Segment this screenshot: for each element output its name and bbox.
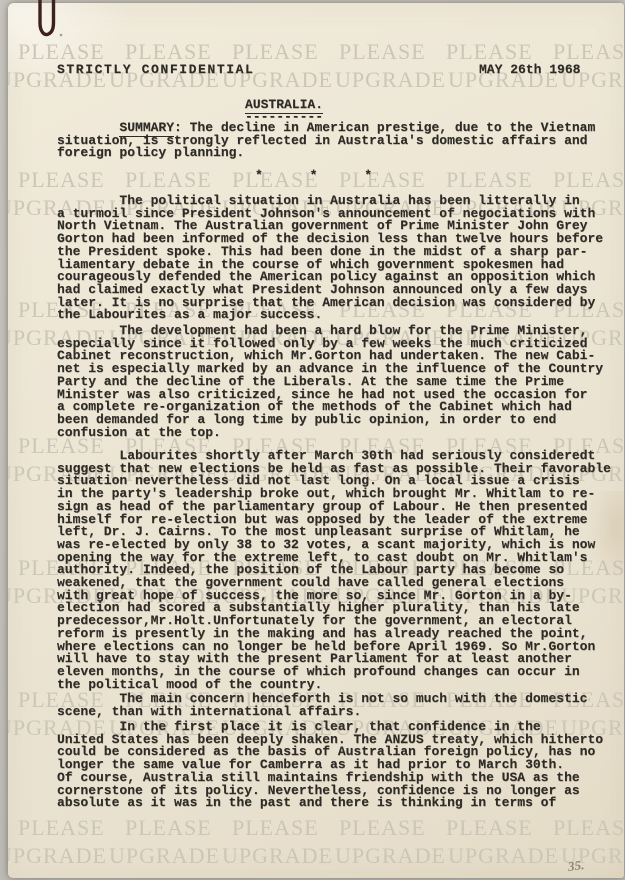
- watermark-word: PLEASE: [18, 815, 105, 841]
- watermark-word: UPGRADE: [8, 843, 107, 869]
- screenshot-root: { "document": { "classification": "STRIC…: [0, 0, 625, 880]
- watermark-word: UPGRADE: [109, 843, 220, 869]
- watermark-word: PLEASE: [446, 167, 533, 193]
- handwritten-page-number: 35.: [567, 859, 585, 874]
- body-paragraph-1: The political situation in Australia has…: [57, 195, 603, 322]
- watermark-word: PLEASE: [232, 815, 319, 841]
- document-page: PLEASEUPGRADEPLEASEUPGRADEPLEASEUPGRADEP…: [8, 3, 624, 878]
- watermark-word: UPGRADE: [335, 67, 446, 93]
- watermark-word: PLEASE: [446, 815, 533, 841]
- watermark-word: PLEASE: [553, 815, 624, 841]
- watermark-word: PLEASE: [339, 39, 426, 65]
- watermark-word: UPGRADE: [335, 843, 446, 869]
- watermark-word: UPGRADE: [448, 843, 559, 869]
- watermark-word: PLEASE: [18, 167, 105, 193]
- body-paragraph-5: In the first place it is clear, that con…: [57, 721, 603, 810]
- watermark-word: UPGRADE: [222, 843, 333, 869]
- summary-paragraph: SUMMARY: The decline in American prestig…: [57, 122, 595, 160]
- watermark-word: PLEASE: [125, 815, 212, 841]
- body-paragraph-2: The development had been a hard blow for…: [57, 325, 603, 439]
- summary-underline: [119, 136, 174, 137]
- body-paragraph-4: The main concern henceforth is not so mu…: [57, 693, 588, 718]
- watermark-word: PLEASE: [553, 167, 624, 193]
- document-date: MAY 26th 1968: [479, 64, 580, 77]
- body-paragraph-3: Labourites shortly after March 30th had …: [57, 450, 611, 691]
- asterisk-separator: * * *: [255, 170, 372, 183]
- paperclip-icon: [31, 0, 73, 46]
- classification-label: STRICTLY CONFIDENTIAL: [57, 64, 254, 77]
- watermark-word: PLEASE: [339, 815, 426, 841]
- watermark-word: PLEASE: [125, 167, 212, 193]
